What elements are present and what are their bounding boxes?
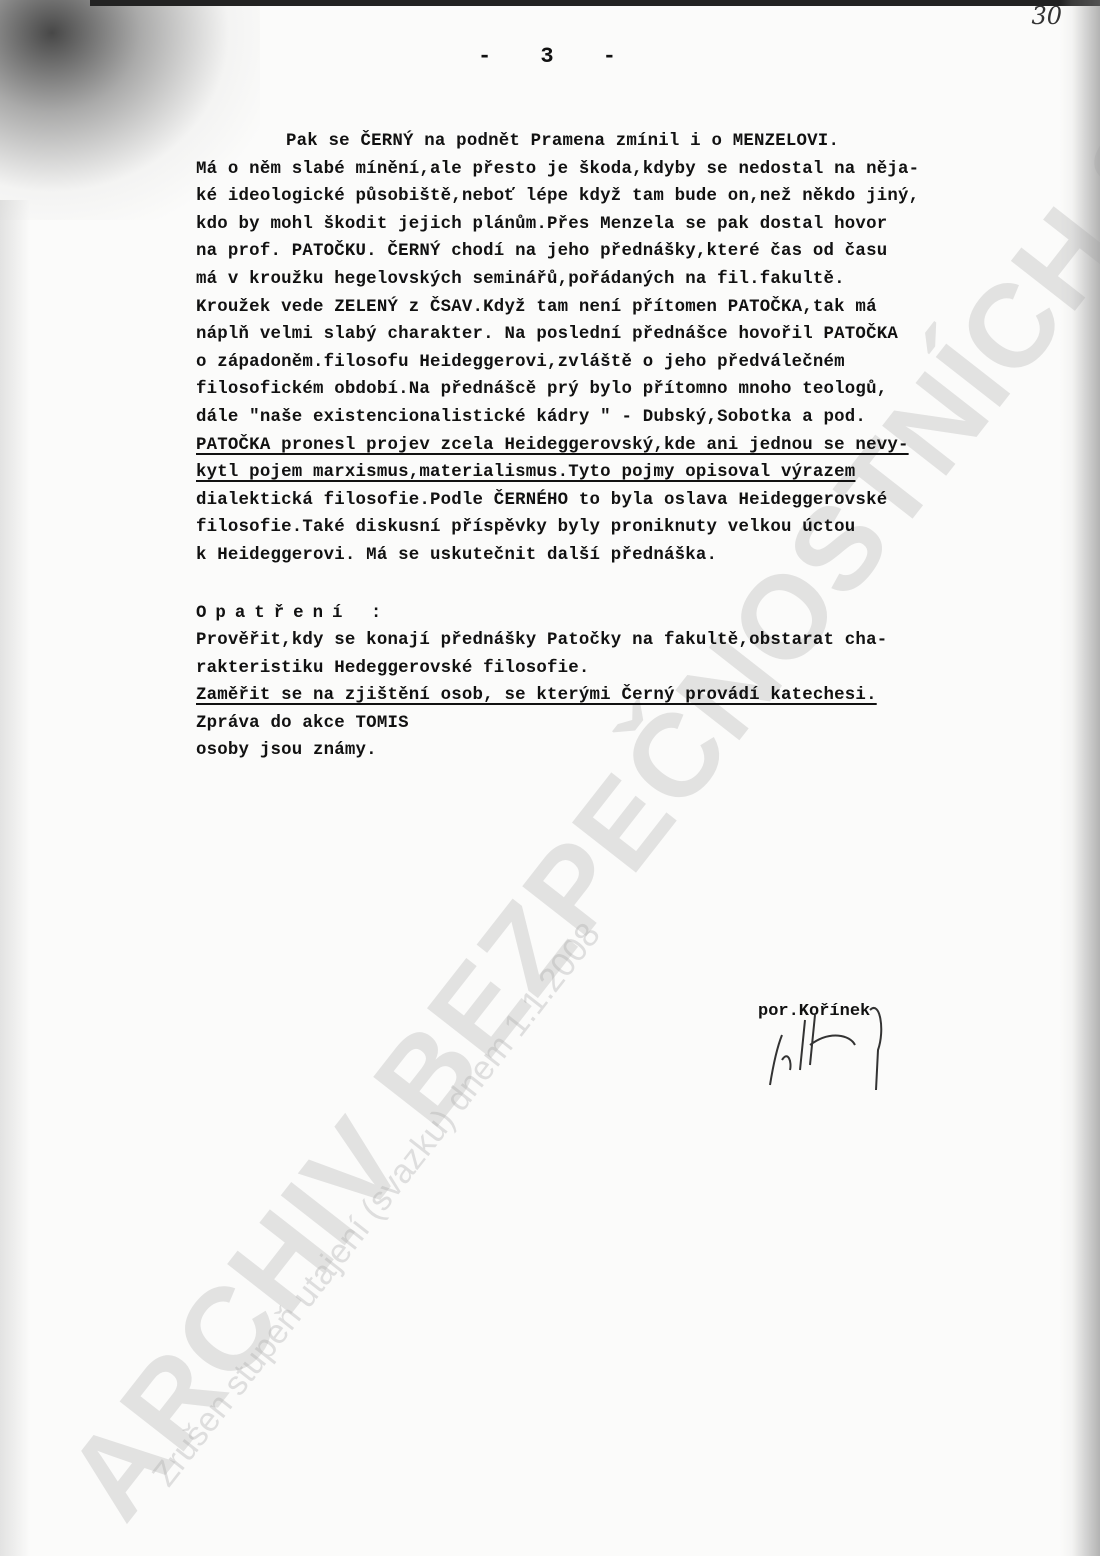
text-line: filosofickém období.Na přednášcě prý byl… (196, 376, 1076, 404)
text-line: Pak se ČERNÝ na podnět Pramena zmínil i … (196, 128, 1076, 156)
text-line: náplň velmi slabý charakter. Na poslední… (196, 321, 1076, 349)
measure-line: osoby jsou známy. (196, 737, 1076, 765)
text-line: o západoněm.filosofu Heideggerovi,zvlášt… (196, 349, 1076, 377)
text-line: kdo by mohl škodit jejich plánům.Přes Me… (196, 211, 1076, 239)
text-line: Kroužek vede ZELENÝ z ČSAV.Když tam není… (196, 294, 1076, 322)
text-line: kytl pojem marxismus,materialismus.Tyto … (196, 459, 1076, 487)
text-line: Má o něm slabé mínění,ale přesto je škod… (196, 156, 1076, 184)
measure-line: rakteristiku Hedeggerovské filosofie. (196, 655, 1076, 683)
folio-number: 30 (1031, 2, 1062, 30)
scan-left-edge (0, 200, 30, 1556)
text-line: dialektická filosofie.Podle ČERNÉHO to b… (196, 487, 1076, 515)
measure-line: Zpráva do akce TOMIS (196, 710, 1076, 738)
signature-name: por.Kořínek (758, 1002, 870, 1021)
text-line: na prof. PATOČKU. ČERNÝ chodí na jeho př… (196, 238, 1076, 266)
report-paragraph: Pak se ČERNÝ na podnět Pramena zmínil i … (196, 128, 1076, 570)
measures-list: Prověřit,kdy se konají přednášky Patočky… (196, 627, 1076, 765)
measure-line: Prověřit,kdy se konají přednášky Patočky… (196, 627, 1076, 655)
text-line: dále "naše existencionalistické kádry " … (196, 404, 1076, 432)
measure-line: Zaměřit se na zjištění osob, se kterými … (196, 682, 1076, 710)
text-line: filosofie.Také diskusní příspěvky byly p… (196, 514, 1076, 542)
page-number: - 3 - (478, 44, 634, 69)
declassification-watermark: Zrušen stupeň utajení (svazku) dnem 1.1.… (145, 916, 609, 1494)
report-body: Pak se ČERNÝ na podnět Pramena zmínil i … (196, 128, 1076, 765)
text-line: má v kroužku hegelovských seminářů,pořád… (196, 266, 1076, 294)
text-line: ké ideologické působiště,neboť lépe když… (196, 183, 1076, 211)
text-line: k Heideggerovi. Má se uskutečnit další p… (196, 542, 1076, 570)
measures-heading: Opatření : (196, 600, 1076, 628)
text-line: PATOČKA pronesl projev zcela Heideggerov… (196, 432, 1076, 460)
scan-top-edge (90, 0, 1100, 6)
